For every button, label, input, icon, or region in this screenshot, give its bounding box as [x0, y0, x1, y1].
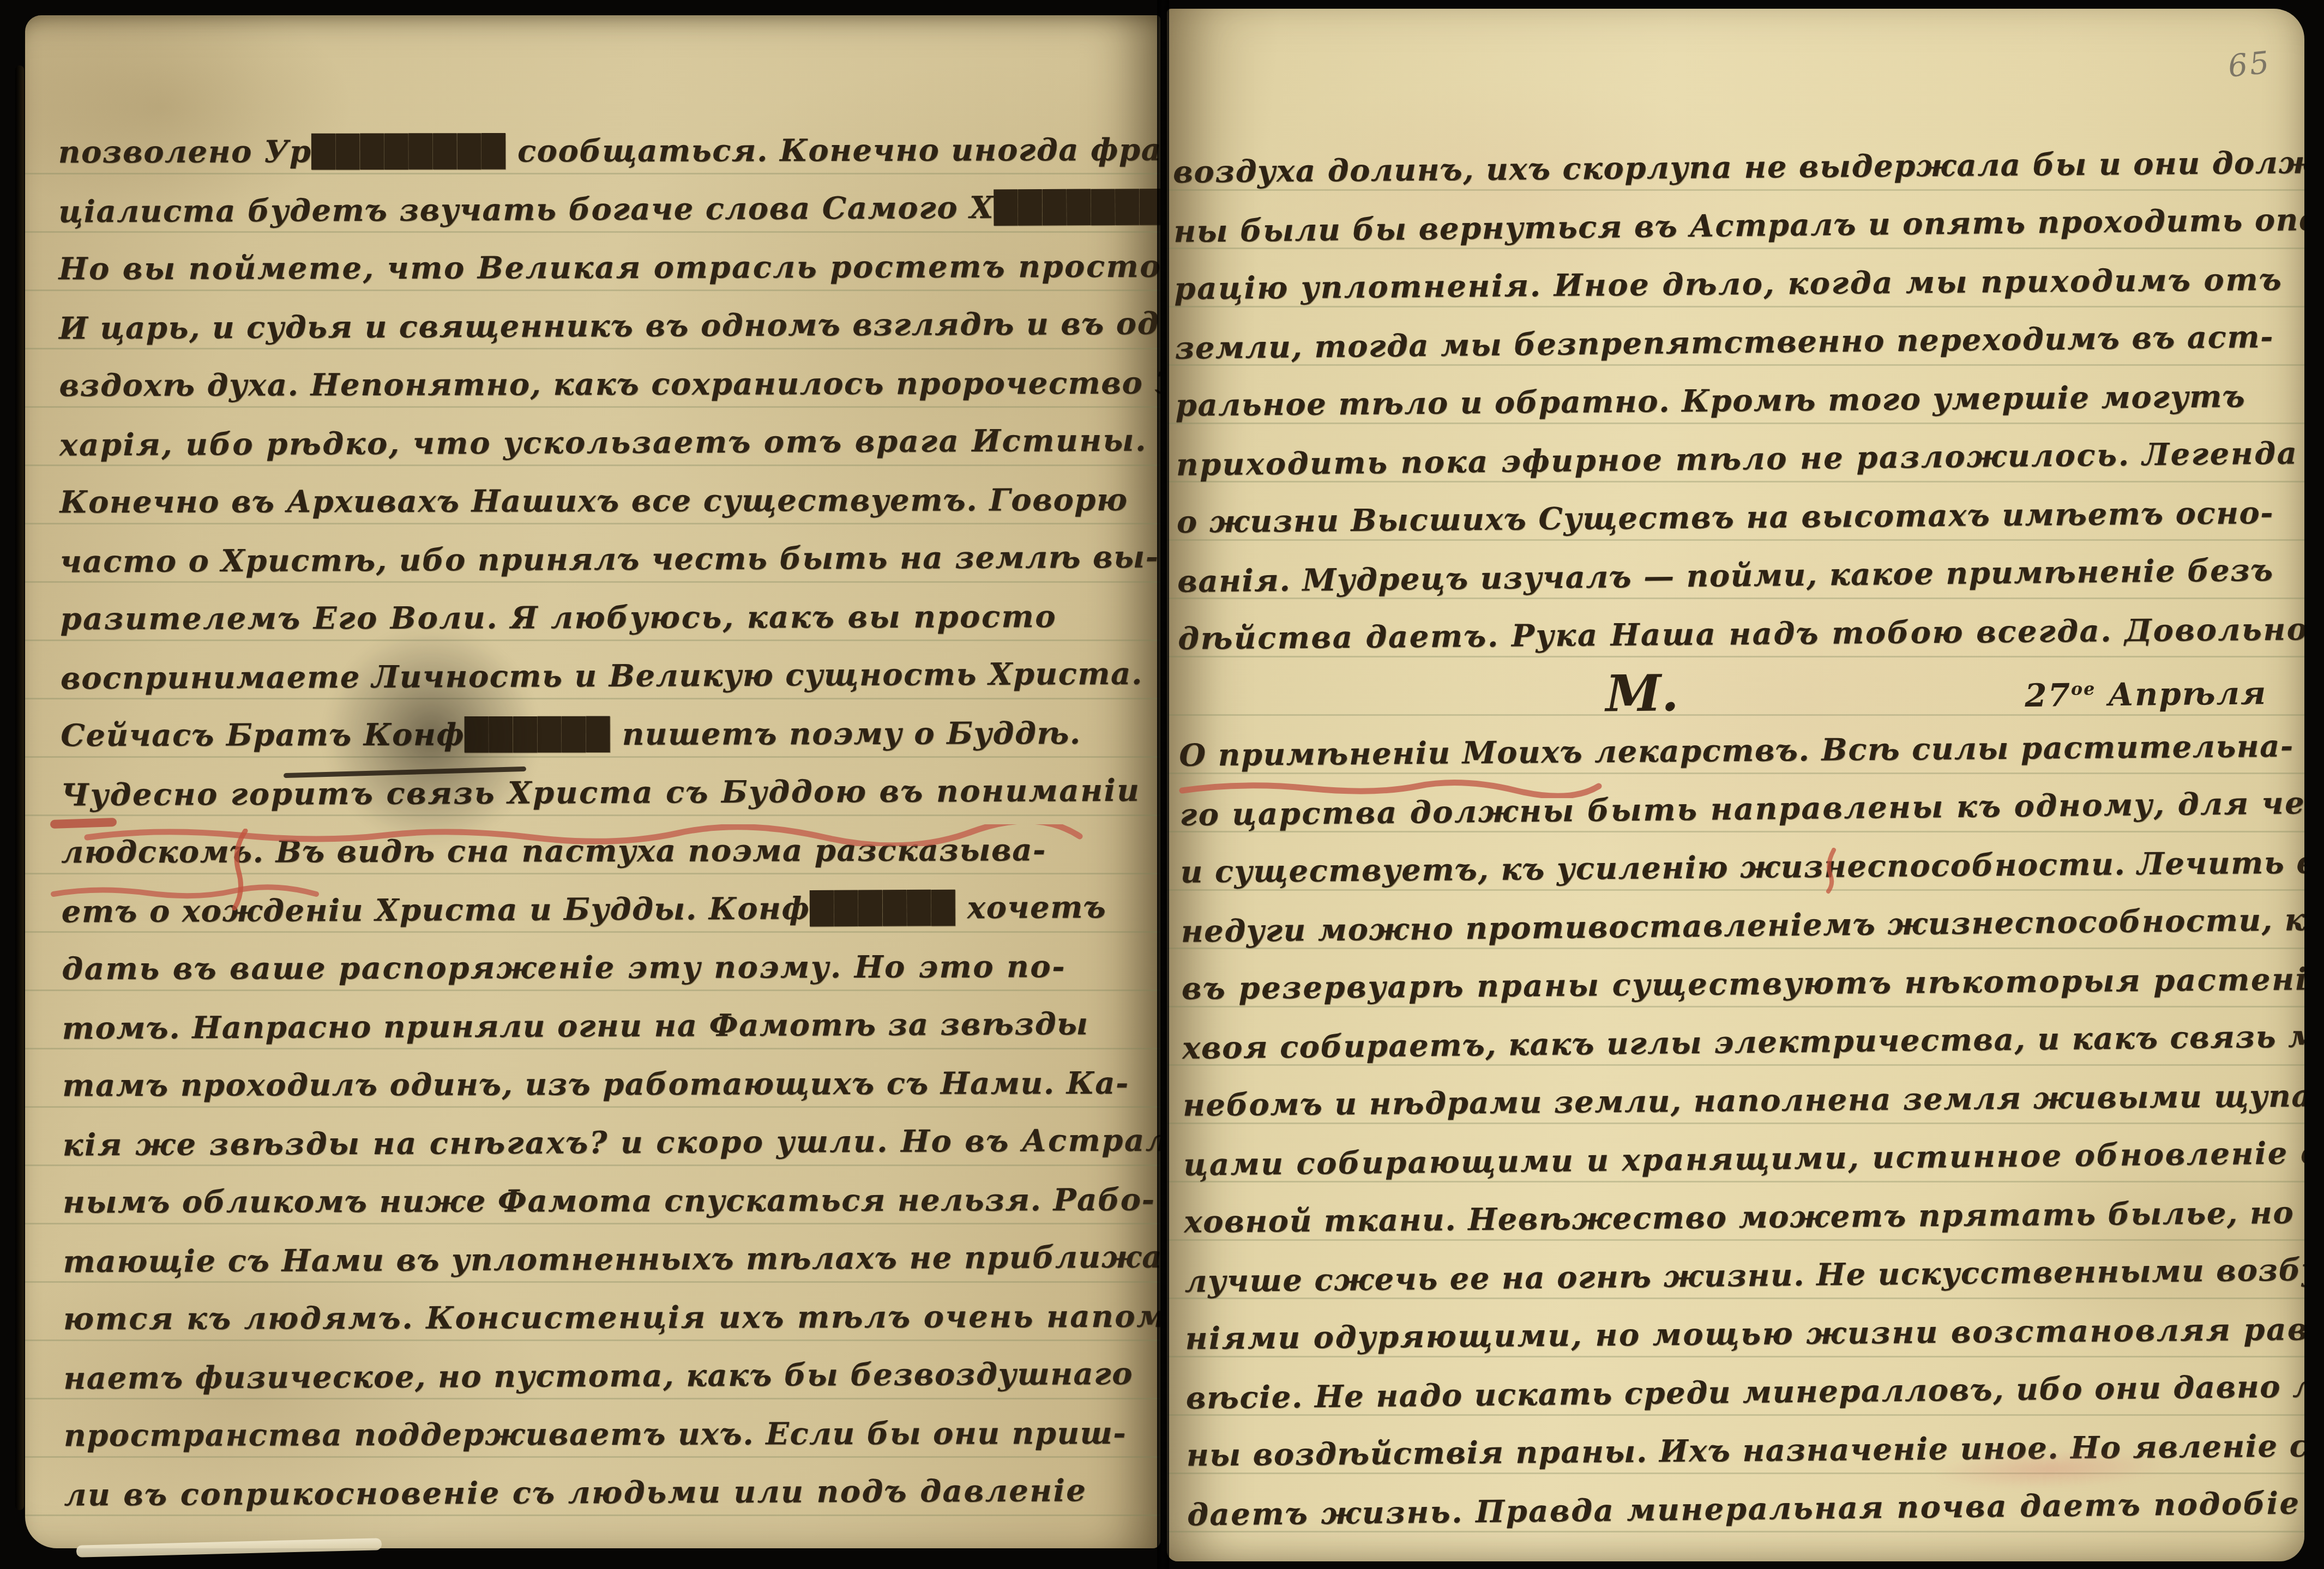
- entry-date-day: 27: [2025, 677, 2071, 714]
- manuscript-line: И царь, и судья и священникъ въ одномъ в…: [59, 295, 1156, 358]
- manuscript-line: томъ. Напрасно приняли огни на Фамотѣ за…: [62, 995, 1159, 1058]
- manuscript-line: ли въ соприкосновеніе съ людьми или подъ…: [64, 1462, 1160, 1525]
- right-page: воздуха долинъ, ихъ скорлупа не выдержал…: [1167, 9, 2304, 1561]
- manuscript-line: ніями одуряющими, но мощью жизни возстан…: [1185, 1300, 2304, 1368]
- manuscript-line: людскомъ. Въ видѣ сна пастуха поэма разс…: [61, 821, 1158, 882]
- manuscript-line: го царства должны быть направлены къ одн…: [1179, 774, 2304, 844]
- manuscript-line: тающіе съ Нами въ уплотненныхъ тѣлахъ не…: [63, 1228, 1160, 1292]
- manuscript-line: наетъ физическое, но пустота, какъ бы бе…: [63, 1345, 1160, 1408]
- manuscript-line: ванія. Мудрецъ изучалъ — пойми, какое пр…: [1177, 541, 2302, 611]
- manuscript-line: харія, ибо рѣдко, что ускользаетъ отъ вр…: [59, 412, 1157, 475]
- manuscript-line: воздуха долинъ, ихъ скорлупа не выдержал…: [1173, 134, 2298, 201]
- manuscript-line: приходить пока эфирное тѣло не разложило…: [1176, 424, 2301, 494]
- manuscript-line: Чудесно горитъ связь Христа съ Буддою въ…: [61, 762, 1158, 825]
- manuscript-line: цами собирающими и хранящими, истинное о…: [1183, 1124, 2304, 1194]
- manuscript-line: нымъ обликомъ ниже Фамота спускаться нел…: [63, 1171, 1160, 1232]
- left-page-text: позволено Ур████████ сообщаться. Конечно…: [58, 120, 1160, 1525]
- manuscript-line: Конечно въ Архивахъ Нашихъ все существуе…: [59, 471, 1157, 532]
- manuscript-line: часто о Христѣ, ибо принялъ честь быть н…: [60, 528, 1157, 592]
- manuscript-line: вздохѣ духа. Непонятно, какъ сохранилось…: [59, 354, 1156, 415]
- manuscript-line: ны воздѣйствія праны. Ихъ назначеніе ино…: [1186, 1417, 2304, 1484]
- manuscript-line: Но вы поймете, что Великая отрасль росте…: [58, 238, 1155, 299]
- manuscript-line: земли, тогда мы безпрепятственно переход…: [1175, 307, 2299, 378]
- manuscript-line: ральное тѣло и обратно. Кромѣ того умерш…: [1175, 367, 2300, 435]
- manuscript-line: ціалиста будетъ звучать богаче слова Сам…: [58, 178, 1155, 242]
- manuscript-line: ховной ткани. Невѣжество можетъ прятать …: [1184, 1184, 2304, 1251]
- manuscript-line: лучше сжечь ее на огнѣ жизни. Не искусст…: [1184, 1241, 2304, 1311]
- manuscript-line: небомъ и нѣдрами земли, наполнена земля …: [1183, 1067, 2304, 1134]
- manuscript-line: дать въ ваше распоряженіе эту поэму. Но …: [62, 938, 1159, 999]
- manuscript-line: кія же звѣзды на снѣгахъ? и скоро ушли. …: [62, 1112, 1159, 1175]
- manuscript-line: хвоя собираетъ, какъ иглы электричества,…: [1182, 1007, 2304, 1078]
- entry-date: 27ое Апрѣля: [2025, 658, 2267, 725]
- page-gutter: [1157, 0, 1169, 1569]
- manuscript-line: Сейчасъ Братъ Конф██████ пишетъ поэму о …: [61, 704, 1158, 765]
- signature-m: М.: [1605, 664, 1679, 723]
- manuscript-line: етъ о хожденіи Христа и Будды. Конф█████…: [61, 878, 1158, 942]
- manuscript-line: въ резервуарѣ праны существуютъ нѣкоторы…: [1181, 950, 2304, 1018]
- manuscript-line: рацію уплотненія. Иное дѣло, когда мы пр…: [1174, 250, 2299, 318]
- manuscript-line: ются къ людямъ. Консистенція ихъ тѣлъ оч…: [63, 1288, 1160, 1349]
- book-spine-edge: [15, 65, 24, 1510]
- manuscript-line: ны были бы вернуться въ Астралъ и опять …: [1173, 191, 2298, 261]
- manuscript-line: пространства поддерживаетъ ихъ. Если бы …: [64, 1404, 1160, 1465]
- manuscript-line: О примѣненіи Моихъ лекарствъ. Всѣ силы р…: [1179, 717, 2304, 784]
- manuscript-line: даетъ жизнь. Правда минеральная почва да…: [1187, 1474, 2304, 1544]
- manuscript-line: разителемъ Его Воли. Я любуюсь, какъ вы …: [60, 588, 1157, 649]
- manuscript-line: о жизни Высшихъ Существъ на высотахъ имѣ…: [1176, 484, 2301, 551]
- manuscript-line: и существуетъ, къ усиленію жизнеспособно…: [1180, 834, 2304, 901]
- signature-date-row: М. 27ое Апрѣля: [1178, 657, 2303, 728]
- entry-date-suffix: ое: [2071, 678, 2096, 699]
- manuscript-line: позволено Ур████████ сообщаться. Конечно…: [58, 121, 1155, 182]
- manuscript-line: воспринимаете Личность и Великую сущност…: [61, 645, 1158, 708]
- manuscript-line: тамъ проходилъ одинъ, изъ работающихъ съ…: [62, 1054, 1159, 1115]
- manuscript-line: недуги можно противоставленіемъ жизнеспо…: [1181, 891, 2304, 961]
- entry-date-month: Апрѣля: [2108, 674, 2267, 713]
- manuscript-line: вѣсіе. Не надо искать среди минералловъ,…: [1185, 1357, 2304, 1428]
- right-page-text: воздуха долинъ, ихъ скорлупа не выдержал…: [1173, 132, 2304, 1544]
- manuscript-line: дѣйства даетъ. Рука Наша надъ тобою всег…: [1178, 600, 2303, 668]
- left-page: позволено Ур████████ сообщаться. Конечно…: [25, 15, 1160, 1548]
- manuscript-scan: позволено Ур████████ сообщаться. Конечно…: [0, 0, 2324, 1569]
